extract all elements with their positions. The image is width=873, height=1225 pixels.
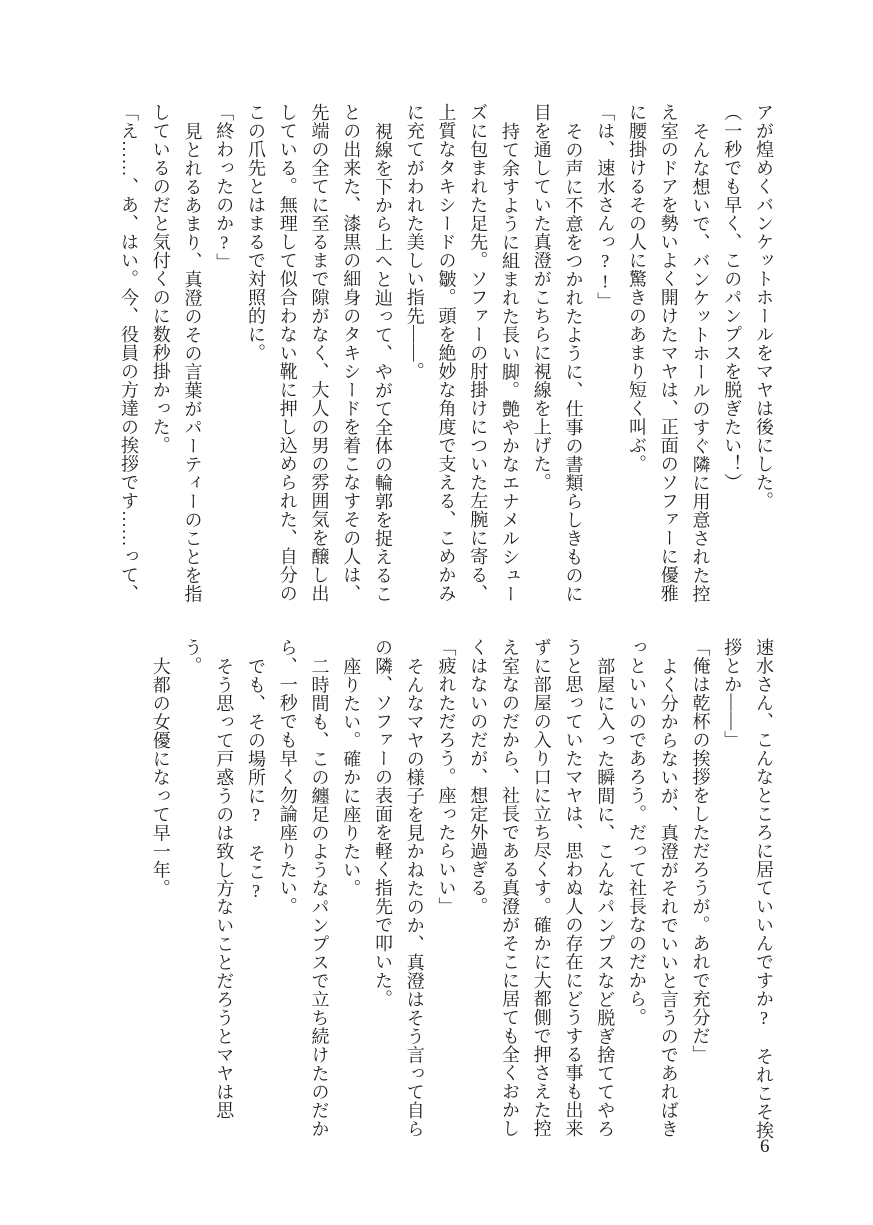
text-line: 「え……、あ、はい。今、役員の方達の挨拶です……って、 [112,103,144,605]
text-line: （一秒でも早く、このパンプスを脱ぎたい！） [716,103,748,605]
text-line: でも、その場所に? そこ? [239,638,271,1140]
text-line: との出来た、漆黒の細身のタキシードを着こなすその人は、 [335,103,367,605]
text-line: 「は、速水さんっ?!」 [589,103,621,605]
text-line: そんなマヤの様子を見かねたのか、真澄はそう言って自ら [398,638,430,1140]
text-line: 「俺は乾杯の挨拶をしただろうが。あれで充分だ」 [684,638,716,1140]
upright-punctuation: ?! [595,251,615,292]
text-line: 目を通していた真澄がこちらに視線を上げた。 [525,103,557,605]
text-line: 視線を下から上へと辿って、やがて全体の輪郭を捉えるこ [366,103,398,605]
text-line: アが煌めくバンケットホールをマヤは後にした。 [747,103,779,605]
text-line: に腰掛けるその人に驚きのあまり短く叫ぶ。 [620,103,652,605]
upright-punctuation: ? [214,233,234,254]
text-line: 先端の全てに至るまで隙がなく、大人の男の雰囲気を醸し出 [303,103,335,605]
upright-punctuation: ? [754,1008,774,1029]
text-line: そう思って戸惑うのは致し方ないことだろうとマヤは思 [208,638,240,1140]
page-number: 6 [760,1136,770,1158]
text-line: 「疲れただろう。座ったらいい」 [430,638,462,1140]
text-line: う。 [176,638,208,1140]
upright-punctuation: ? [246,805,266,826]
text-line: 速水さん、こんなところに居ていいんですか? それこそ挨 [747,638,779,1140]
text-line: え室のドアを勢いよく開けたマヤは、正面のソファーに優雅 [652,103,684,605]
text-line: っといいのであろう。だって社長なのだから。 [620,638,652,1140]
text-line: この爪先とはまるで対照的に。 [239,103,271,605]
text-line: 部屋に入った瞬間に、こんなパンプスなど脱ぎ捨ててやろ [589,638,621,1140]
text-line: 上質なタキシードの皺。頭を絶妙な角度で支える、こめかみ [430,103,462,605]
text-line: ずに部屋の入り口に立ち尽くす。確かに大都側で押さえた控 [525,638,557,1140]
text-line: 大都の女優になって早一年。 [144,638,176,1140]
text-line: 「終わったのか?」 [208,103,240,605]
text-line: 二時間も、この纏足のようなパンプスで立ち続けたのだか [303,638,335,1140]
text-line: え室なのだから、社長である真澄がそこに居ても全くおかし [493,638,525,1140]
text-line: くはないのだが、想定外過ぎる。 [462,638,494,1140]
text-line: している。無理して似合わない靴に押し込められた、自分の [271,103,303,605]
text-line: ら、一秒でも早く勿論座りたい。 [271,638,303,1140]
text-line: その声に不意をつかれたように、仕事の書類らしきものに [557,103,589,605]
text-line: ズに包まれた足先。ソファーの肘掛けについた左腕に寄る、 [462,103,494,605]
upper-text-block: アが煌めくバンケットホールをマヤは後にした。（一秒でも早く、このパンプスを脱ぎた… [112,103,779,605]
text-line: 見とれるあまり、真澄のその言葉がパーティーのことを指 [176,103,208,605]
text-line: に充てがわれた美しい指先――。 [398,103,430,605]
text-line: 拶とか――」 [716,638,748,1140]
text-line: うと思っていたマヤは、思わぬ人の存在にどうする事も出来 [557,638,589,1140]
lower-text-block: 速水さん、こんなところに居ていいんですか? それこそ挨拶とか――」「俺は乾杯の挨… [144,638,779,1140]
text-line: 持て余すように組まれた長い脚。艶やかなエナメルシュー [493,103,525,605]
upright-punctuation: ? [246,881,266,902]
text-line: そんな想いで、バンケットホールのすぐ隣に用意された控 [684,103,716,605]
text-line: の隣、ソファーの表面を軽く指先で叩いた。 [366,638,398,1140]
text-line: 座りたい。確かに座りたい。 [335,638,367,1140]
text-line: しているのだと気付くのに数秒掛かった。 [144,103,176,605]
text-line: よく分からないが、真澄がそれでいいと言うのであればき [652,638,684,1140]
novel-page: アが煌めくバンケットホールをマヤは後にした。（一秒でも早く、このパンプスを脱ぎた… [0,0,873,1225]
